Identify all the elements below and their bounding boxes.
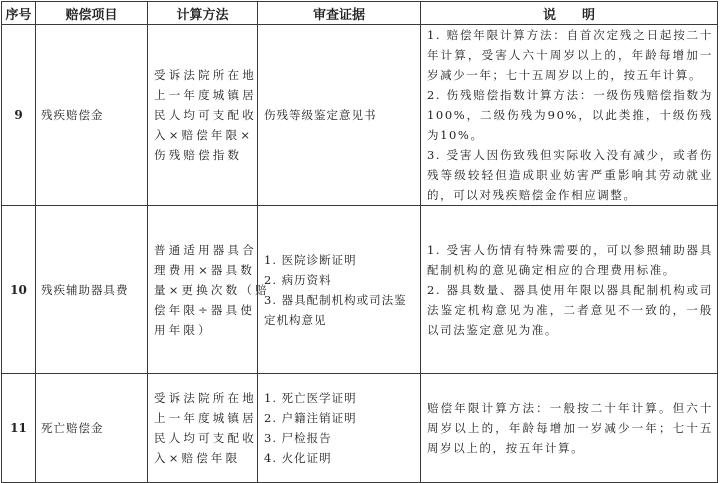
table-row: 10 残疾辅助器具费 普通适用器具合 理费用×器具数 量×更换次数（赔 偿年限÷… — [2, 206, 718, 374]
evidence-line: 1. 死亡医学证明 — [264, 388, 417, 408]
notes: 1. 受害人伤情有特殊需要的，可以参照辅助器具配制机构的意见确定相应的合理费用标… — [421, 206, 718, 374]
notes: 赔偿年限计算方法：一般按二十年计算。但六十周岁以上的，年龄每增加一岁减少一年；七… — [421, 374, 718, 479]
header-calc: 计算方法 — [148, 2, 258, 25]
note-paragraph: 2. 器具数量、器具使用年限以器具配制机构或司法鉴定机构意见为准，二者意见不一致… — [427, 280, 713, 340]
calc-line: 民人均可支配收 — [154, 428, 253, 448]
row-number: 11 — [2, 374, 36, 479]
row-number: 10 — [2, 206, 36, 374]
note-paragraph: 赔偿年限计算方法：一般按二十年计算。但六十周岁以上的，年龄每增加一岁减少一年；七… — [427, 398, 713, 458]
evidence-line: 2. 户籍注销证明 — [264, 408, 417, 428]
compensation-item: 残疾辅助器具费 — [36, 206, 148, 374]
calc-line: 上一年度城镇居 — [154, 85, 253, 105]
row-number: 9 — [2, 25, 36, 206]
evidence-line: 2. 病历资料 — [264, 270, 417, 290]
header-notes: 说 明 — [421, 2, 718, 25]
calc-line: 入×赔偿年限× — [154, 125, 253, 145]
calc-line: 受诉法院所在地 — [154, 65, 253, 85]
header-evidence: 审查证据 — [258, 2, 421, 25]
header-no: 序号 — [2, 2, 36, 25]
calc-line: 受诉法院所在地 — [154, 388, 253, 408]
calc-line: 偿年限÷器具使 — [154, 300, 253, 320]
calculation-method: 普通适用器具合 理费用×器具数 量×更换次数（赔 偿年限÷器具使 用年限） — [148, 206, 258, 374]
review-evidence: 1. 死亡医学证明 2. 户籍注销证明 3. 尸检报告 4. 火化证明 — [258, 374, 421, 479]
evidence-line: 3. 尸检报告 — [264, 428, 417, 448]
calc-line: 普通适用器具合 — [154, 240, 253, 260]
calc-line: 用年限） — [154, 320, 253, 340]
review-evidence: 1. 医院诊断证明 2. 病历资料 3. 器具配制机构或司法鉴定机构意见 — [258, 206, 421, 374]
note-paragraph: 3. 受害人因伤致残但实际收入没有减少，或者伤残等级较轻但造成职业妨害严重影响其… — [427, 145, 713, 205]
note-paragraph: 2. 伤残赔偿指数计算方法：一级伤残赔偿指数为100%，二级伤残为90%，以此类… — [427, 85, 713, 145]
compensation-item: 残疾赔偿金 — [36, 25, 148, 206]
header-row: 序号 赔偿项目 计算方法 审查证据 说 明 — [2, 2, 718, 25]
evidence-line: 4. 火化证明 — [264, 448, 417, 468]
calc-line: 上一年度城镇居 — [154, 408, 253, 428]
evidence-line: 3. 器具配制机构或司法鉴定机构意见 — [264, 290, 417, 330]
calc-line: 理费用×器具数 — [154, 260, 253, 280]
compensation-item: 死亡赔偿金 — [36, 374, 148, 479]
note-paragraph: 1. 赔偿年限计算方法：自首次定残之日起按二十年计算，受害人六十周岁以上的，年龄… — [427, 25, 713, 85]
calculation-method: 受诉法院所在地 上一年度城镇居 民人均可支配收 入×赔偿年限 — [148, 374, 258, 479]
calc-line: 入×赔偿年限 — [154, 448, 253, 468]
note-paragraph: 1. 受害人伤情有特殊需要的，可以参照辅助器具配制机构的意见确定相应的合理费用标… — [427, 240, 713, 280]
compensation-table: 序号 赔偿项目 计算方法 审查证据 说 明 9 残疾赔偿金 受诉法院所在地 上一… — [1, 1, 718, 478]
calc-line: 伤残赔偿指数 — [154, 145, 253, 165]
evidence-line: 1. 医院诊断证明 — [264, 250, 417, 270]
table-row: 11 死亡赔偿金 受诉法院所在地 上一年度城镇居 民人均可支配收 入×赔偿年限 … — [2, 374, 718, 479]
evidence-line: 伤残等级鉴定意见书 — [264, 105, 417, 125]
table-row: 9 残疾赔偿金 受诉法院所在地 上一年度城镇居 民人均可支配收 入×赔偿年限× … — [2, 25, 718, 206]
notes: 1. 赔偿年限计算方法：自首次定残之日起按二十年计算，受害人六十周岁以上的，年龄… — [421, 25, 718, 206]
calc-line: 民人均可支配收 — [154, 105, 253, 125]
review-evidence: 伤残等级鉴定意见书 — [258, 25, 421, 206]
header-item: 赔偿项目 — [36, 2, 148, 25]
calc-line: 量×更换次数（赔 — [154, 280, 253, 300]
calculation-method: 受诉法院所在地 上一年度城镇居 民人均可支配收 入×赔偿年限× 伤残赔偿指数 — [148, 25, 258, 206]
